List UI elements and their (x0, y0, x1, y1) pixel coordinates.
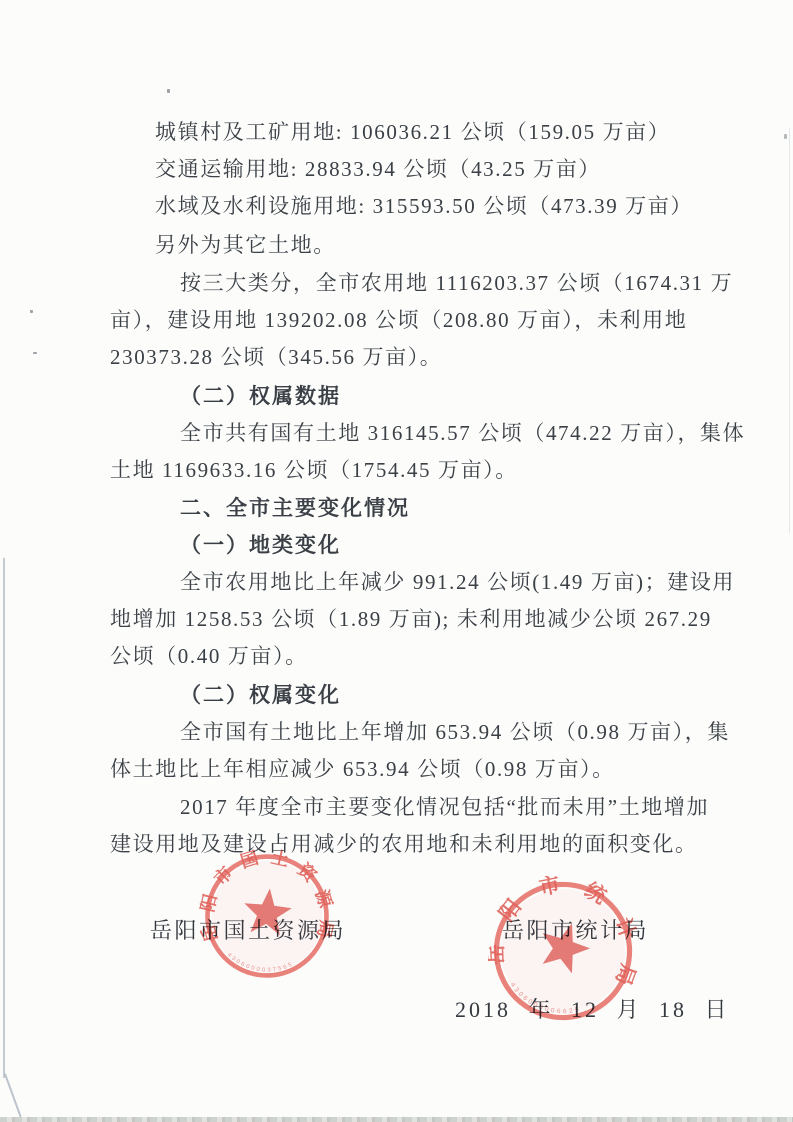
text-line: 全市农用地比上年减少 991.24 公顷(1.49 万亩)；建设用 (180, 570, 735, 594)
text-line: 交通运输用地: 28833.94 公顷（43.25 万亩） (155, 157, 601, 181)
scan-artifact-right-edge (789, 128, 790, 533)
text-line: 全市共有国有土地 316145.57 公顷（474.22 万亩），集体 (180, 421, 745, 445)
text-line: （二）权属变化 (180, 683, 341, 707)
body-text: 城镇村及工矿用地: 106036.21 公顷（159.05 万亩）交通运输用地:… (0, 0, 793, 1122)
text-line: 全市国有土地比上年增加 653.94 公顷（0.98 万亩），集 (180, 720, 730, 744)
text-line: 二、全市主要变化情况 (180, 496, 410, 520)
text-line: 按三大类分，全市农用地 1116203.37 公顷（1674.31 万 (180, 271, 733, 295)
text-line: 亩），建设用地 139202.08 公顷（208.80 万亩），未利用地 (110, 308, 687, 332)
scan-speck (33, 352, 37, 354)
text-line: 另外为其它土地。 (155, 233, 336, 257)
text-line: 地增加 1258.53 公顷（1.89 万亩); 未利用地减少公顷 267.29 (110, 607, 712, 631)
official-seal-left: 岳阳市国土资源局 4306000037565 (188, 849, 346, 983)
text-line: 水域及水利设施用地: 315593.50 公顷（473.39 万亩） (155, 194, 693, 218)
text-line: 城镇村及工矿用地: 106036.21 公顷（159.05 万亩） (155, 120, 670, 144)
text-line: （一）地类变化 (180, 533, 341, 557)
text-line: （二）权属数据 (180, 384, 341, 408)
official-seal-right: 岳阳市统计局 4306000006625 (488, 873, 638, 1029)
scan-speck (784, 134, 787, 139)
document-page: 城镇村及工矿用地: 106036.21 公顷（159.05 万亩）交通运输用地:… (0, 0, 793, 1122)
scan-artifact-left-edge (3, 558, 5, 1078)
text-line: 体土地比上年相应减少 653.94 公顷（0.98 万亩）。 (110, 757, 615, 781)
scan-speck (30, 310, 33, 313)
text-line: 公顷（0.40 万亩）。 (110, 644, 308, 668)
scan-speck (167, 89, 170, 93)
text-line: 230373.28 公顷（345.56 万亩）。 (110, 345, 442, 369)
scan-artifact-bottom-edge (0, 1117, 793, 1122)
text-line: 2017 年度全市主要变化情况包括“批而未用”土地增加 (180, 795, 709, 819)
text-line: 土地 1169633.16 公顷（1754.45 万亩）。 (110, 458, 518, 482)
